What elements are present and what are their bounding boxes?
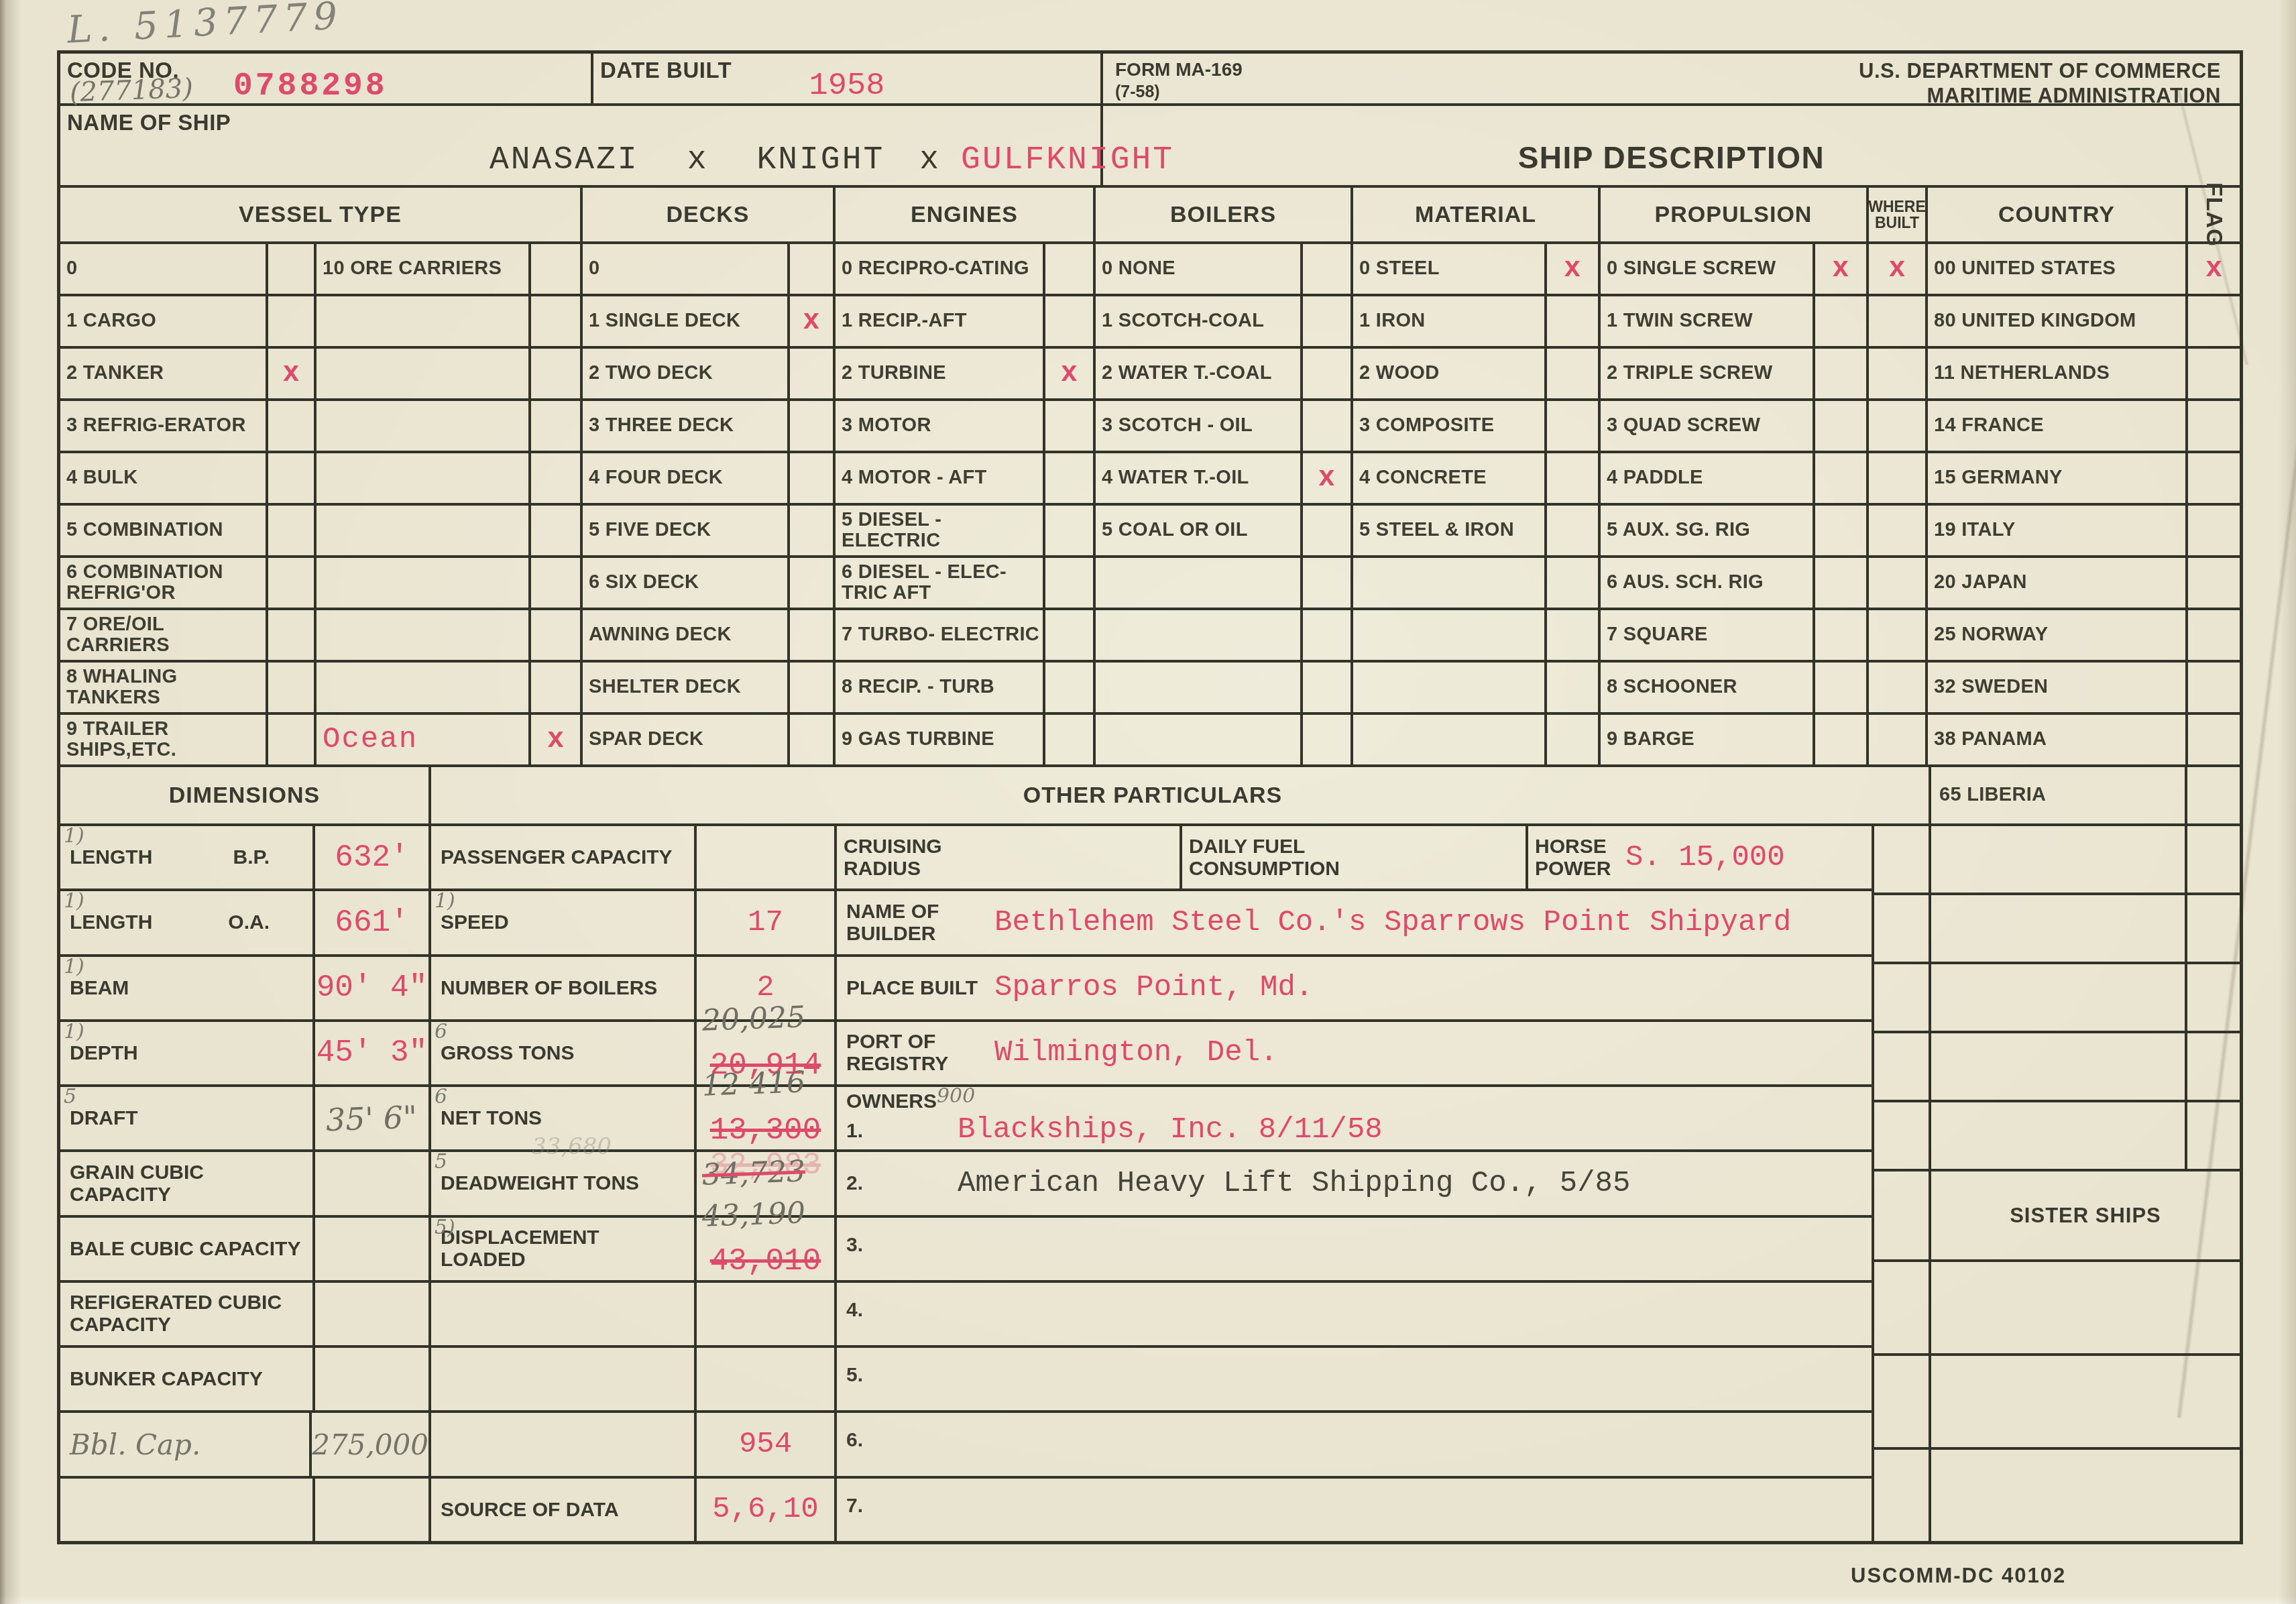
check-mark: x bbox=[1045, 349, 1093, 398]
checkbox-cell bbox=[1303, 506, 1351, 555]
sister-ships-cell: SISTER SHIPS bbox=[1931, 1171, 2240, 1259]
country-option: 80 UNITED KINGDOM bbox=[1928, 296, 2185, 346]
checkbox-cell bbox=[1547, 453, 1598, 503]
checkbox-cell bbox=[1303, 610, 1351, 660]
field-label: GROSS TONS bbox=[441, 1042, 574, 1064]
table-row: 6 COMBINATION REFRIG'OR bbox=[60, 558, 580, 610]
table-row: PASSENGER CAPACITY bbox=[431, 826, 834, 891]
port-of-registry-label: PORT OF REGISTRY bbox=[837, 1027, 994, 1079]
checkbox-cell bbox=[1045, 244, 1093, 294]
field-label-cell: PASSENGER CAPACITY bbox=[431, 826, 697, 889]
table-row bbox=[1869, 506, 1925, 558]
source-of-data-label: SOURCE OF DATA bbox=[441, 1499, 619, 1521]
ocean-typed-value: Ocean bbox=[317, 715, 531, 764]
table-row bbox=[431, 1348, 834, 1413]
pencil-mark: 6 bbox=[435, 1022, 447, 1042]
table-row: 6 SIX DECK bbox=[583, 558, 833, 610]
option bbox=[317, 558, 531, 608]
checkbox-cell bbox=[1045, 610, 1093, 660]
option: 0 SINGLE SCREW bbox=[1601, 244, 1815, 294]
vessel-type-header: VESSEL TYPE bbox=[60, 188, 580, 244]
table-row: 5 AUX. SG. RIG bbox=[1601, 506, 1866, 558]
option: 0 RECIPRO-CATING bbox=[836, 244, 1045, 294]
right-rows: SISTER SHIPS bbox=[1874, 826, 2240, 1541]
table-row: 1)SPEED 17 bbox=[431, 891, 834, 956]
ship-name-value: ANASAZIxKNIGHTxGULFKNIGHT bbox=[490, 142, 1174, 178]
empty-cell bbox=[1874, 1171, 1931, 1259]
liberia-cell: 65 LIBERIA bbox=[1931, 767, 2187, 823]
particulars-body: PASSENGER CAPACITY 1)SPEED 17 NUMBER OF … bbox=[431, 826, 1874, 1541]
option: SHELTER DECK bbox=[583, 663, 790, 712]
depth-value: 45' 3" bbox=[317, 1035, 428, 1070]
table-row: 32 SWEDEN bbox=[1928, 663, 2185, 715]
table-row: 19 ITALY bbox=[1928, 506, 2185, 558]
table-row: 3 QUAD SCREW bbox=[1601, 401, 1866, 453]
checkbox-cell bbox=[1869, 558, 1925, 608]
checkbox-cell bbox=[268, 453, 317, 503]
field-value-cell bbox=[697, 1283, 834, 1345]
dimension-label-cell: Bbl. Cap. bbox=[60, 1413, 312, 1475]
field-value-cell bbox=[697, 1348, 834, 1410]
table-row: 4 WATER T.-OILx bbox=[1096, 453, 1351, 506]
boilers-count-value: 2 bbox=[756, 971, 774, 1005]
right-column-block: 65 LIBERIA SISTER SHIPS bbox=[1874, 767, 2240, 1541]
option: 5 FIVE DECK bbox=[583, 506, 790, 555]
checkbox-cell bbox=[1869, 296, 1925, 346]
table-row: 1 TWIN SCREW bbox=[1601, 296, 1866, 349]
option: 2 TWO DECK bbox=[583, 349, 790, 398]
checkbox-cell bbox=[1815, 663, 1866, 712]
where-built-header: WHERE BUILT bbox=[1869, 188, 1925, 244]
option bbox=[1353, 715, 1547, 764]
checkbox-cell bbox=[268, 506, 317, 555]
table-row: 4 FOUR DECK bbox=[583, 453, 833, 506]
option: 4 CONCRETE bbox=[1353, 453, 1547, 503]
empty-cell bbox=[2187, 1033, 2240, 1100]
table-row: 2 WOOD bbox=[1353, 349, 1598, 401]
table-row: 5. bbox=[837, 1348, 1872, 1413]
displacement-pencil: 43,190 bbox=[701, 1196, 806, 1233]
form-info-cell: FORM MA-169 (7-58) U.S. DEPARTMENT OF CO… bbox=[1103, 54, 2240, 103]
empty-cell bbox=[1874, 1450, 1931, 1541]
table-row: 5 FIVE DECK bbox=[583, 506, 833, 558]
checkbox-cell bbox=[2188, 558, 2240, 608]
material-column: MATERIAL 0 STEELx 1 IRON 2 WOOD 3 COMPOS… bbox=[1353, 188, 1601, 767]
where-built-continuation-cell bbox=[1874, 767, 1931, 823]
table-row: 80 UNITED KINGDOM bbox=[1928, 296, 2185, 349]
option bbox=[1096, 558, 1303, 608]
table-row: 5)DISPLACEMENT LOADED 43,19043,010 bbox=[431, 1218, 834, 1283]
table-row: 0 RECIPRO-CATING bbox=[836, 244, 1093, 296]
checkbox-cell bbox=[1045, 663, 1093, 712]
checkbox-cell bbox=[1045, 296, 1093, 346]
checkbox-cell bbox=[1045, 401, 1093, 451]
classification-table: VESSEL TYPE 010 ORE CARRIERS 1 CARGO 2 T… bbox=[60, 188, 2240, 767]
dimension-label: BEAM bbox=[70, 977, 129, 999]
checkbox-cell bbox=[268, 244, 317, 294]
owner-number: 4. bbox=[846, 1299, 863, 1322]
option: 4 MOTOR - AFT bbox=[836, 453, 1045, 503]
table-row: 15 GERMANY bbox=[1928, 453, 2185, 506]
option: 2 TURBINE bbox=[836, 349, 1045, 398]
pencil-mark: 5 bbox=[435, 1152, 447, 1172]
field-value-cell: 43,19043,010 bbox=[697, 1218, 834, 1280]
option: 1 SINGLE DECK bbox=[583, 296, 790, 346]
field-value-cell: 5,6,10 bbox=[697, 1479, 834, 1541]
bbl-cap-handwritten-label: Bbl. Cap. bbox=[70, 1428, 200, 1461]
table-row: 7 TURBO- ELECTRIC bbox=[836, 610, 1093, 663]
checkbox-cell bbox=[1869, 453, 1925, 503]
option bbox=[1353, 610, 1547, 660]
table-row: 1 SINGLE DECKx bbox=[583, 296, 833, 349]
table-row: 3 MOTOR bbox=[836, 401, 1093, 453]
dimension-sub: O.A. bbox=[228, 911, 270, 933]
option: 5 COMBINATION bbox=[60, 506, 268, 555]
dimension-label: BALE CUBIC CAPACITY bbox=[70, 1238, 300, 1260]
table-row: 4 PADDLE bbox=[1601, 453, 1866, 506]
checkbox-cell bbox=[268, 558, 317, 608]
field-label-cell bbox=[431, 1283, 697, 1345]
field-label: PASSENGER CAPACITY bbox=[441, 846, 673, 868]
dimension-label-cell: 1)BEAM bbox=[60, 957, 315, 1019]
length-bp-value: 632' bbox=[335, 840, 408, 875]
dimension-value-cell bbox=[315, 1479, 428, 1541]
table-row: x bbox=[2188, 244, 2240, 296]
ship-description-form: CODE NO. (277183) 0788298 DATE BUILT 195… bbox=[57, 50, 2243, 1544]
checkbox-cell bbox=[1303, 558, 1351, 608]
dimensions-rows: 1)LENGTHB.P. 632' 1)LENGTHO.A. 661' 1)BE… bbox=[60, 826, 428, 1541]
table-row: 1 IRON bbox=[1353, 296, 1598, 349]
option: 5 AUX. SG. RIG bbox=[1601, 506, 1815, 555]
checkbox-cell bbox=[1815, 558, 1866, 608]
daily-fuel-cell: DAILY FUEL CONSUMPTION bbox=[1182, 826, 1528, 889]
horse-power-cell: HORSE POWERS. 15,000 bbox=[1528, 826, 1872, 889]
country-header: COUNTRY bbox=[1928, 188, 2185, 244]
header-row-2: NAME OF SHIP ANASAZIxKNIGHTxGULFKNIGHT S… bbox=[60, 106, 2240, 188]
column-label: PROPULSION bbox=[1655, 202, 1813, 228]
checkbox-cell bbox=[1547, 401, 1598, 451]
table-row bbox=[2188, 453, 2240, 506]
dimension-value-cell: 661' bbox=[315, 891, 428, 954]
table-row: OWNERS900 1. Blackships, Inc. 8/11/58 bbox=[837, 1087, 1872, 1152]
header-row-1: CODE NO. (277183) 0788298 DATE BUILT 195… bbox=[60, 54, 2240, 106]
checkbox-cell bbox=[1045, 453, 1093, 503]
table-row bbox=[1096, 715, 1351, 767]
table-row: 1)LENGTHB.P. 632' bbox=[60, 826, 428, 891]
table-row bbox=[1869, 610, 1925, 663]
checkbox-cell bbox=[2188, 296, 2240, 346]
table-row: AWNING DECK bbox=[583, 610, 833, 663]
country-column: COUNTRY 00 UNITED STATES 80 UNITED KINGD… bbox=[1928, 188, 2188, 767]
table-row bbox=[2188, 610, 2240, 663]
dimension-label: DEPTH bbox=[70, 1042, 138, 1064]
table-row bbox=[1874, 1262, 2240, 1356]
checkbox-cell bbox=[531, 558, 580, 608]
owner-number: 3. bbox=[846, 1234, 863, 1257]
dimension-label: DRAFT bbox=[70, 1107, 138, 1129]
checkbox-cell bbox=[1303, 401, 1351, 451]
checkbox-cell bbox=[790, 610, 833, 660]
table-row: 1 SCOTCH-COAL bbox=[1096, 296, 1351, 349]
pencil-mark: 5) bbox=[435, 1218, 455, 1238]
ship-name-2: KNIGHT bbox=[756, 142, 884, 178]
draft-value-pencil: 35' 6" bbox=[325, 1098, 418, 1138]
owner-number: 5. bbox=[846, 1364, 863, 1387]
table-row bbox=[1869, 296, 1925, 349]
option bbox=[317, 663, 531, 712]
country-option: 38 PANAMA bbox=[1928, 715, 2185, 764]
checkbox-cell bbox=[2188, 610, 2240, 660]
table-row: 5 COAL OR OIL bbox=[1096, 506, 1351, 558]
empty-cell bbox=[2187, 964, 2240, 1031]
dimension-label-cell: REFIGERATED CUBIC CAPACITY bbox=[60, 1283, 315, 1345]
checkbox-cell bbox=[790, 453, 833, 503]
agency-line2: MARITIME ADMINISTRATION bbox=[1927, 84, 2221, 107]
sister-ships-row: SISTER SHIPS bbox=[1874, 1171, 2240, 1262]
field-label: NET TONS bbox=[441, 1107, 542, 1129]
empty-cell bbox=[1874, 1102, 1931, 1169]
dimension-label-cell: 1)LENGTHB.P. bbox=[60, 826, 315, 889]
field-label-cell: 6GROSS TONS bbox=[431, 1022, 697, 1084]
check-mark: x bbox=[1303, 453, 1351, 503]
option: 9 GAS TURBINE bbox=[836, 715, 1045, 764]
builder-value: Bethlehem Steel Co.'s Sparrows Point Shi… bbox=[994, 906, 1791, 939]
dimensions-header: DIMENSIONS bbox=[60, 767, 428, 826]
material-header: MATERIAL bbox=[1353, 188, 1598, 244]
pencil-mark: 5 bbox=[64, 1087, 76, 1107]
table-row: 2 TANKERx bbox=[60, 349, 580, 401]
table-row bbox=[1096, 663, 1351, 715]
option: 6 AUS. SCH. RIG bbox=[1601, 558, 1815, 608]
pencil-code-note: (277183) bbox=[69, 73, 193, 108]
checkbox-cell bbox=[790, 663, 833, 712]
checkbox-cell bbox=[268, 296, 317, 346]
table-row bbox=[431, 1283, 834, 1348]
checkbox-cell bbox=[1815, 453, 1866, 503]
option: 4 BULK bbox=[60, 453, 268, 503]
table-row bbox=[1869, 401, 1925, 453]
table-row: 3 THREE DECK bbox=[583, 401, 833, 453]
field-label: DISPLACEMENT LOADED bbox=[441, 1226, 689, 1271]
cruising-radius-label: CRUISING RADIUS bbox=[844, 836, 958, 880]
empty-cell bbox=[1874, 1262, 1931, 1353]
table-row: 0 bbox=[583, 244, 833, 296]
beam-value: 90' 4" bbox=[317, 970, 428, 1005]
option: 2 WOOD bbox=[1353, 349, 1547, 398]
checkbox-cell bbox=[1815, 715, 1866, 764]
option: 6 COMBINATION REFRIG'OR bbox=[60, 558, 268, 608]
scanned-paper: L. 5137779 CODE NO. (277183) 0788298 DAT… bbox=[0, 0, 2296, 1604]
dimension-label: LENGTH bbox=[70, 846, 152, 868]
checkbox-cell bbox=[1547, 663, 1598, 712]
engines-header: ENGINES bbox=[836, 188, 1093, 244]
checkbox-cell bbox=[2188, 663, 2240, 712]
table-row: 2 TWO DECK bbox=[583, 349, 833, 401]
check-mark: x bbox=[790, 296, 833, 346]
option: 7 ORE/OIL CARRIERS bbox=[60, 610, 268, 660]
empty-cell bbox=[1931, 1033, 2187, 1100]
table-row: REFIGERATED CUBIC CAPACITY bbox=[60, 1283, 428, 1348]
dimension-value-cell bbox=[315, 1348, 428, 1410]
option: 9 BARGE bbox=[1601, 715, 1815, 764]
option: 2 TRIPLE SCREW bbox=[1601, 349, 1815, 398]
table-row: 20 JAPAN bbox=[1928, 558, 2185, 610]
agency-name: U.S. DEPARTMENT OF COMMERCE MARITIME ADM… bbox=[1859, 59, 2221, 108]
column-label: FLAG bbox=[2201, 182, 2227, 247]
field-label-cell: 1)SPEED bbox=[431, 891, 697, 954]
pencil-mark: 1) bbox=[64, 891, 84, 911]
table-row: 00 UNITED STATES bbox=[1928, 244, 2185, 296]
dimension-sub: B.P. bbox=[233, 846, 270, 868]
table-row: x bbox=[1869, 244, 1925, 296]
option: 3 REFRIG-ERATOR bbox=[60, 401, 268, 451]
checkbox-cell bbox=[1815, 401, 1866, 451]
table-row: Bbl. Cap. 275,000 bbox=[60, 1413, 428, 1478]
option: 6 DIESEL - ELEC-TRIC AFT bbox=[836, 558, 1045, 608]
table-row: 1)LENGTHO.A. 661' bbox=[60, 891, 428, 956]
option bbox=[1353, 663, 1547, 712]
option: 9 TRAILER SHIPS,ETC. bbox=[60, 715, 268, 764]
checkbox-cell bbox=[1547, 506, 1598, 555]
checkbox-cell bbox=[1547, 558, 1598, 608]
table-row bbox=[1874, 964, 2240, 1033]
flag-header: FLAG bbox=[2188, 188, 2240, 244]
table-row: 3 COMPOSITE bbox=[1353, 401, 1598, 453]
dimension-value-cell: 90' 4" bbox=[315, 957, 428, 1019]
option bbox=[317, 349, 531, 398]
country-option: 11 NETHERLANDS bbox=[1928, 349, 2185, 398]
where-built-column: WHERE BUILT x bbox=[1869, 188, 1928, 767]
net-tons-struck: 13,300 bbox=[710, 1113, 821, 1148]
dimension-label-cell: GRAIN CUBIC CAPACITY bbox=[60, 1152, 315, 1214]
empty-cell bbox=[1874, 895, 1931, 962]
table-row: 11 NETHERLANDS bbox=[1928, 349, 2185, 401]
table-row: SHELTER DECK bbox=[583, 663, 833, 715]
empty-cell bbox=[1931, 826, 2187, 893]
table-row bbox=[1096, 558, 1351, 610]
country-option: 25 NORWAY bbox=[1928, 610, 2185, 660]
table-row bbox=[1874, 1450, 2240, 1541]
checkbox-cell bbox=[1547, 610, 1598, 660]
field-label: SPEED bbox=[441, 911, 509, 933]
empty-cell bbox=[2187, 826, 2240, 893]
table-row bbox=[1874, 826, 2240, 895]
decks-header: DECKS bbox=[583, 188, 833, 244]
table-row: 1 CARGO bbox=[60, 296, 580, 349]
table-row bbox=[2188, 401, 2240, 453]
engines-column: ENGINES 0 RECIPRO-CATING 1 RECIP.-AFT 2 … bbox=[836, 188, 1096, 767]
other-particulars-block: OTHER PARTICULARS PASSENGER CAPACITY 1)S… bbox=[431, 767, 1874, 1541]
table-row: PLACE BUILT Sparros Point, Md. bbox=[837, 957, 1872, 1022]
table-row: 4 BULK bbox=[60, 453, 580, 506]
table-row bbox=[1353, 663, 1598, 715]
pencil-mark: 1) bbox=[64, 957, 84, 977]
liberia-row: 65 LIBERIA bbox=[1874, 767, 2240, 826]
table-row: 6 DIESEL - ELEC-TRIC AFT bbox=[836, 558, 1093, 610]
builder-label: NAME OF BUILDER bbox=[837, 897, 994, 949]
table-row: 8 SCHOONER bbox=[1601, 663, 1866, 715]
country-option: 65 LIBERIA bbox=[1939, 785, 2046, 805]
page-title: SHIP DESCRIPTION bbox=[1518, 139, 1825, 176]
checkbox-cell bbox=[1869, 349, 1925, 398]
field-value-cell: 17 bbox=[697, 891, 834, 954]
option bbox=[317, 610, 531, 660]
option: 3 THREE DECK bbox=[583, 401, 790, 451]
table-row bbox=[1874, 1102, 2240, 1171]
speed-value: 17 bbox=[748, 906, 783, 939]
checkbox-cell bbox=[790, 244, 833, 294]
table-row: 010 ORE CARRIERS bbox=[60, 244, 580, 296]
table-row bbox=[1096, 610, 1351, 663]
empty-cell bbox=[1931, 1450, 2240, 1541]
table-row bbox=[2188, 506, 2240, 558]
country-option: 19 ITALY bbox=[1928, 506, 2185, 555]
column-label: ENGINES bbox=[911, 202, 1018, 228]
checkbox-cell bbox=[1547, 349, 1598, 398]
table-row: 1 RECIP.-AFT bbox=[836, 296, 1093, 349]
option: 5 DIESEL - ELECTRIC bbox=[836, 506, 1045, 555]
empty-cell bbox=[1874, 826, 1931, 893]
checkbox-cell bbox=[1303, 663, 1351, 712]
check-mark: x bbox=[531, 715, 580, 764]
dimension-label: LENGTH bbox=[70, 911, 152, 933]
table-row: 954 bbox=[431, 1413, 834, 1478]
dimension-value-cell: 35' 6" bbox=[315, 1087, 428, 1149]
cruising-radius-cell: CRUISING RADIUS bbox=[837, 826, 1182, 889]
checkbox-cell bbox=[268, 663, 317, 712]
checkbox-cell bbox=[531, 401, 580, 451]
column-label: MATERIAL bbox=[1415, 202, 1536, 228]
table-row: 2. American Heavy Lift Shipping Co., 5/8… bbox=[837, 1152, 1872, 1217]
table-row: PORT OF REGISTRY Wilmington, Del. bbox=[837, 1022, 1872, 1087]
table-row: BALE CUBIC CAPACITY bbox=[60, 1218, 428, 1283]
table-row bbox=[2188, 663, 2240, 715]
option: 3 MOTOR bbox=[836, 401, 1045, 451]
net-tons-pencil: 12 416 bbox=[701, 1065, 806, 1102]
option bbox=[1353, 558, 1547, 608]
value-954: 954 bbox=[739, 1428, 792, 1461]
pencil-mark: 6 bbox=[435, 1087, 447, 1107]
country-option: 20 JAPAN bbox=[1928, 558, 2185, 608]
check-mark: x bbox=[1547, 244, 1598, 294]
flag-continuation-cell bbox=[2187, 767, 2240, 823]
table-row: 8 RECIP. - TURB bbox=[836, 663, 1093, 715]
table-row bbox=[1869, 663, 1925, 715]
option: 1 CARGO bbox=[60, 296, 268, 346]
form-number-line2: (7-58) bbox=[1115, 82, 1160, 101]
dimension-label-cell: BUNKER CAPACITY bbox=[60, 1348, 315, 1410]
sister-ships-label: SISTER SHIPS bbox=[2010, 1204, 2161, 1228]
print-code: USCOMM-DC 40102 bbox=[1851, 1564, 2066, 1588]
table-row: 5 COMBINATION bbox=[60, 506, 580, 558]
pencil-mark: 1) bbox=[435, 891, 455, 911]
table-row: 7. bbox=[837, 1479, 1872, 1541]
empty-cell bbox=[1931, 964, 2187, 1031]
displacement-struck: 43,010 bbox=[710, 1244, 821, 1279]
empty-cell bbox=[1874, 964, 1931, 1031]
table-row bbox=[2188, 296, 2240, 349]
field-label: DEADWEIGHT TONS bbox=[441, 1172, 639, 1194]
section-label: DIMENSIONS bbox=[169, 783, 320, 809]
table-row: 7 SQUARE bbox=[1601, 610, 1866, 663]
table-row: 4 MOTOR - AFT bbox=[836, 453, 1093, 506]
checkbox-cell bbox=[1815, 296, 1866, 346]
empty-cell bbox=[1931, 1102, 2187, 1169]
option: 4 PADDLE bbox=[1601, 453, 1815, 503]
table-row: GRAIN CUBIC CAPACITY bbox=[60, 1152, 428, 1217]
table-row: 14 FRANCE bbox=[1928, 401, 2185, 453]
table-row: BUNKER CAPACITY bbox=[60, 1348, 428, 1413]
